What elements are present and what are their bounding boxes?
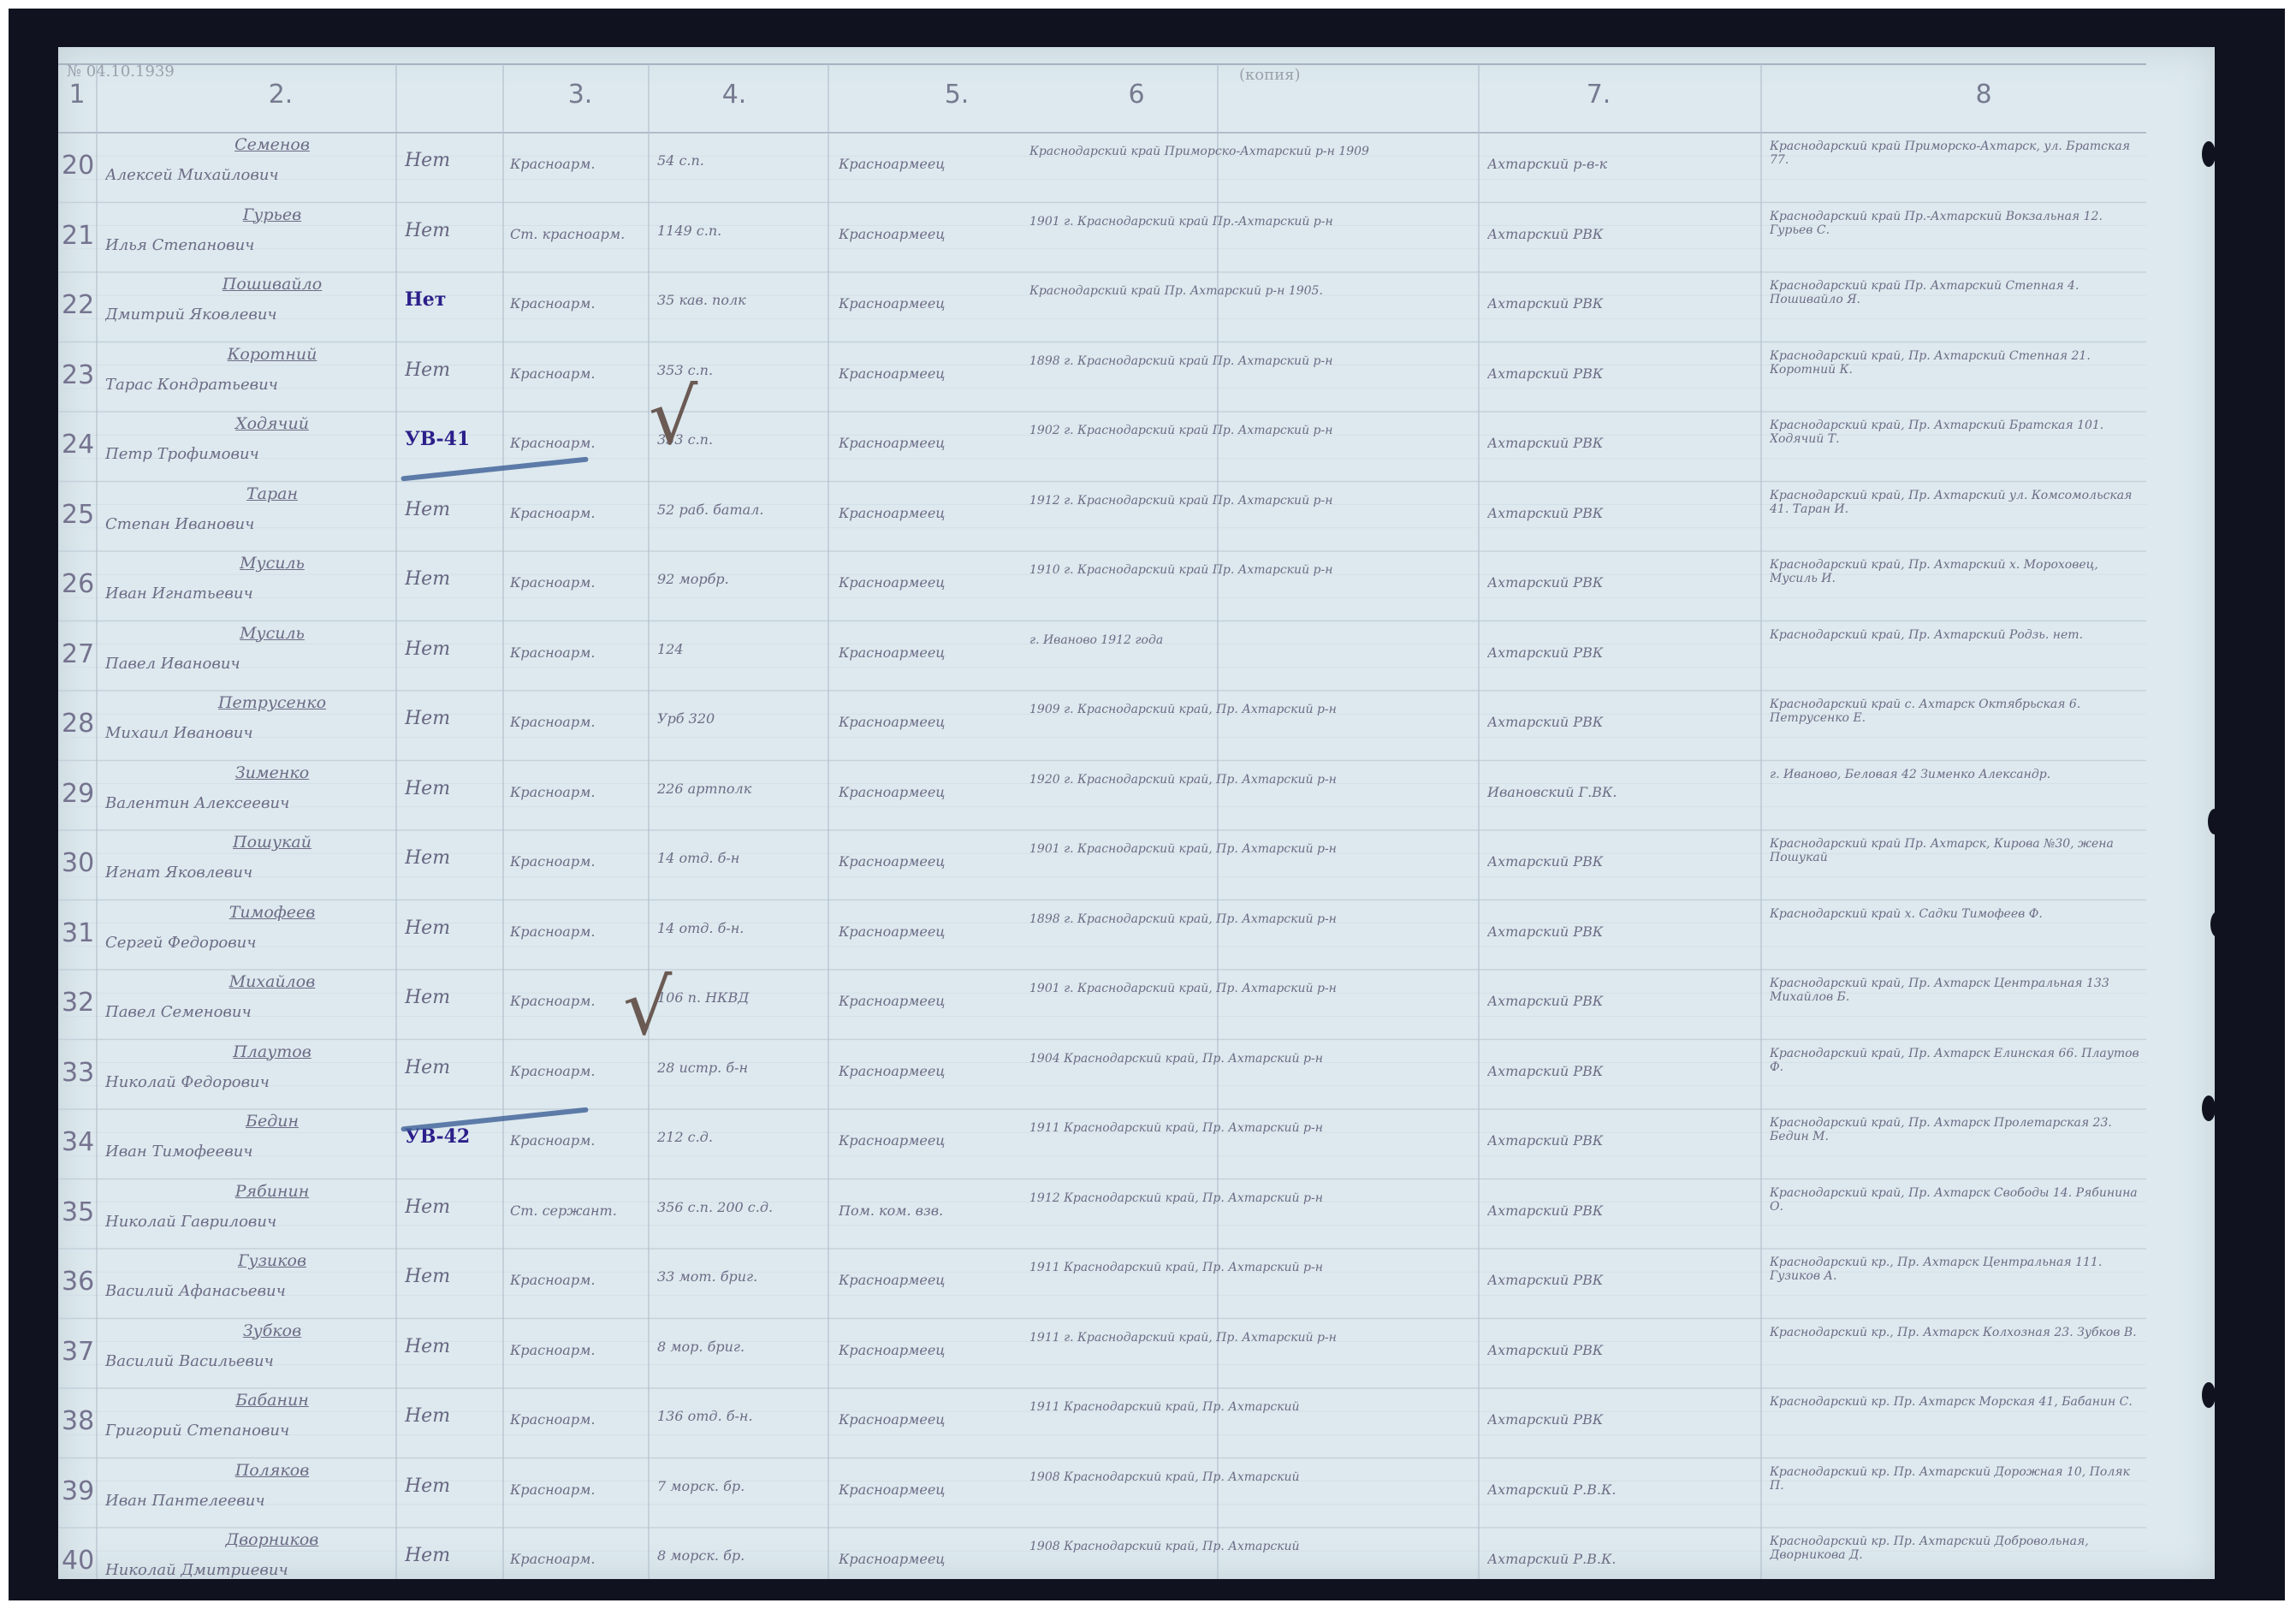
birth-year-place: 1920 г. Краснодарский край, Пр. Ахтарски… — [1029, 773, 1466, 787]
row-number: 31 — [62, 919, 96, 949]
checkmark-row-34: √ — [623, 963, 672, 1053]
family-address: Краснодарский край, Пр. Ахтарск Свободы … — [1770, 1186, 2142, 1214]
position: Красноармеец — [839, 575, 1035, 591]
rank: Красноарм. — [510, 1412, 647, 1428]
row-number: 37 — [62, 1338, 96, 1368]
row-number: 39 — [62, 1477, 96, 1507]
rank: Красноарм. — [510, 366, 647, 382]
row-number: 40 — [62, 1547, 96, 1576]
surname: Мусиль — [187, 555, 358, 573]
rank: Красноарм. — [510, 854, 647, 870]
birth-year-place: 1908 Краснодарский край, Пр. Ахтарский — [1029, 1540, 1466, 1553]
row-number: 20 — [62, 151, 96, 181]
birth-year-place: 1911 Краснодарский край, Пр. Ахтарский р… — [1029, 1261, 1466, 1274]
given-name-patronymic: Николай Дмитриевич — [105, 1562, 388, 1580]
position: Красноармеец — [839, 366, 1035, 382]
draft-office: Ахтарский РВК — [1487, 994, 1753, 1009]
surname: Семенов — [187, 136, 358, 155]
surname: Петрусенко — [187, 694, 358, 713]
birth-year-place: 1904 Краснодарский край, Пр. Ахтарский р… — [1029, 1052, 1466, 1066]
family-address: Краснодарский край, Пр. Ахтарский х. Мор… — [1770, 558, 2142, 585]
family-address: Краснодарский край, Пр. Ахтарский ул. Ко… — [1770, 489, 2142, 516]
birth-year-place: 1902 г. Краснодарский край Пр. Ахтарский… — [1029, 424, 1466, 437]
position: Красноармеец — [839, 227, 1035, 242]
position: Красноармеец — [839, 1273, 1035, 1288]
surname: Михайлов — [187, 973, 358, 992]
row-number: 35 — [62, 1198, 96, 1228]
surname: Ходячий — [187, 415, 358, 434]
draft-office: Ивановский Г.ВК. — [1487, 785, 1753, 800]
row-number: 36 — [62, 1268, 96, 1297]
unit: 106 п. НКВД — [657, 990, 824, 1006]
unit: 14 отд. б-н — [657, 851, 824, 866]
position: Пом. ком. взв. — [839, 1203, 1035, 1219]
family-address: Краснодарский край с. Ахтарск Октябрьска… — [1770, 698, 2142, 725]
given-name-patronymic: Степан Иванович — [105, 516, 388, 534]
margin-note: (копия) — [1239, 66, 1300, 84]
unit: 8 мор. бриг. — [657, 1339, 824, 1355]
surname: Бедин — [187, 1113, 358, 1131]
birth-year-place: 1908 Краснодарский край, Пр. Ахтарский — [1029, 1470, 1466, 1484]
family-address: Краснодарский край, Пр. Ахтарский Родзь.… — [1770, 628, 2142, 642]
rank: Красноарм. — [510, 157, 647, 172]
unit: 28 истр. б-н — [657, 1060, 824, 1076]
position: Красноармеец — [839, 506, 1035, 521]
family-address: Краснодарский край, Пр. Ахтарск Централь… — [1770, 977, 2142, 1004]
draft-office: Ахтарский РВК — [1487, 715, 1753, 730]
birth-year-place: 1901 г. Краснодарский край, Пр. Ахтарски… — [1029, 842, 1466, 856]
status-mark: Нет — [405, 638, 499, 660]
family-address: г. Иваново, Беловая 42 Зименко Александр… — [1770, 768, 2142, 781]
position: Красноармеец — [839, 785, 1035, 800]
given-name-patronymic: Сергей Федорович — [105, 935, 388, 953]
position: Красноармеец — [839, 157, 1035, 172]
position: Красноармеец — [839, 645, 1035, 661]
status-mark: Нет — [405, 1266, 499, 1287]
status-mark: Нет — [405, 359, 499, 381]
rank: Ст. сержант. — [510, 1203, 647, 1219]
column-number-1: 1 — [51, 80, 103, 110]
surname: Гурьев — [187, 206, 358, 225]
column-number-4: 4. — [709, 80, 760, 110]
unit: 52 раб. батал. — [657, 502, 824, 518]
rank: Красноарм. — [510, 1133, 647, 1149]
unit: 212 с.д. — [657, 1130, 824, 1145]
given-name-patronymic: Павел Иванович — [105, 656, 388, 674]
surname: Пошукай — [187, 834, 358, 852]
status-mark: Нет — [405, 289, 499, 311]
surname: Тимофеев — [187, 904, 358, 923]
position: Красноармеец — [839, 1482, 1035, 1498]
corner-note: № 04.10.1939 — [67, 62, 175, 80]
register-page: № 04.10.1939 (копия) 12.3.4.5.67.8 20Сем… — [58, 47, 2215, 1579]
status-mark: Нет — [405, 150, 499, 171]
rank: Красноарм. — [510, 785, 647, 800]
given-name-patronymic: Иван Тимофеевич — [105, 1143, 388, 1161]
draft-office: Ахтарский РВК — [1487, 436, 1753, 451]
given-name-patronymic: Илья Степанович — [105, 237, 388, 255]
given-name-patronymic: Павел Семенович — [105, 1004, 388, 1022]
status-mark: Нет — [405, 1405, 499, 1427]
unit: 226 артполк — [657, 781, 824, 797]
given-name-patronymic: Алексей Михайлович — [105, 167, 388, 185]
rank: Красноарм. — [510, 924, 647, 940]
unit: 92 морбр. — [657, 572, 824, 587]
given-name-patronymic: Григорий Степанович — [105, 1422, 388, 1440]
row-number: 30 — [62, 849, 96, 879]
rank: Красноарм. — [510, 575, 647, 591]
row-number: 24 — [62, 430, 96, 460]
position: Красноармеец — [839, 1064, 1035, 1079]
surname: Бабанин — [187, 1392, 358, 1410]
rank: Красноарм. — [510, 1064, 647, 1079]
given-name-patronymic: Василий Афанасьевич — [105, 1283, 388, 1301]
status-mark: Нет — [405, 1196, 499, 1218]
status-mark: Нет — [405, 568, 499, 590]
column-number-3: 3. — [555, 80, 606, 110]
column-number-7: 7. — [1573, 80, 1624, 110]
draft-office: Ахтарский Р.В.К. — [1487, 1482, 1753, 1498]
status-mark: Нет — [405, 708, 499, 729]
family-address: Краснодарский кр. Пр. Ахтарский Добровол… — [1770, 1535, 2142, 1562]
status-mark: Нет — [405, 778, 499, 799]
unit: 7 морск. бр. — [657, 1479, 824, 1494]
status-mark: УВ-41 — [405, 429, 499, 450]
given-name-patronymic: Николай Гаврилович — [105, 1214, 388, 1232]
unit: 124 — [657, 642, 824, 657]
unit: Урб 320 — [657, 711, 824, 727]
column-number-6: 6 — [1111, 80, 1162, 110]
row-number: 26 — [62, 570, 96, 600]
row-number: 23 — [62, 361, 96, 391]
draft-office: Ахтарский РВК — [1487, 924, 1753, 940]
draft-office: Ахтарский РВК — [1487, 1273, 1753, 1288]
column-number-5: 5. — [931, 80, 982, 110]
unit: 356 с.п. 200 с.д. — [657, 1200, 824, 1215]
position: Красноармеец — [839, 1412, 1035, 1428]
birth-year-place: г. Иваново 1912 года — [1029, 633, 1466, 647]
row-number: 32 — [62, 989, 96, 1018]
surname: Гузиков — [187, 1252, 358, 1271]
row-number: 33 — [62, 1059, 96, 1089]
birth-year-place: 1910 г. Краснодарский край Пр. Ахтарский… — [1029, 563, 1466, 577]
position: Красноармеец — [839, 296, 1035, 312]
ruled-grid — [58, 47, 2215, 1579]
unit: 33 мот. бриг. — [657, 1269, 824, 1285]
surname: Зименко — [187, 764, 358, 783]
family-address: Краснодарский край, Пр. Ахтарский Степна… — [1770, 349, 2142, 377]
status-mark: Нет — [405, 1545, 499, 1566]
rank: Красноарм. — [510, 296, 647, 312]
birth-year-place: 1901 г. Краснодарский край, Пр. Ахтарски… — [1029, 982, 1466, 995]
row-number: 34 — [62, 1128, 96, 1158]
birth-year-place: Краснодарский край Пр. Ахтарский р-н 190… — [1029, 284, 1466, 298]
surname: Плаутов — [187, 1043, 358, 1062]
family-address: Краснодарский край Пр.-Ахтарский Вокзаль… — [1770, 210, 2142, 237]
draft-office: Ахтарский РВК — [1487, 1412, 1753, 1428]
birth-year-place: 1912 г. Краснодарский край Пр. Ахтарский… — [1029, 494, 1466, 508]
family-address: Краснодарский край Приморско-Ахтарск, ул… — [1770, 140, 2142, 167]
status-mark: Нет — [405, 1057, 499, 1078]
surname: Таран — [187, 485, 358, 504]
given-name-patronymic: Иван Игнатьевич — [105, 585, 388, 603]
unit: 136 отд. б-н. — [657, 1409, 824, 1424]
rank: Красноарм. — [510, 645, 647, 661]
given-name-patronymic: Петр Трофимович — [105, 446, 388, 464]
position: Красноармеец — [839, 854, 1035, 870]
birth-year-place: 1909 г. Краснодарский край, Пр. Ахтарски… — [1029, 703, 1466, 716]
birth-year-place: Краснодарский край Приморско-Ахтарский р… — [1029, 145, 1466, 158]
punch-hole — [2210, 911, 2224, 937]
family-address: Краснодарский край, Пр. Ахтарский Братск… — [1770, 419, 2142, 446]
row-number: 27 — [62, 640, 96, 670]
punch-hole — [2202, 1382, 2216, 1408]
given-name-patronymic: Валентин Алексеевич — [105, 795, 388, 813]
status-mark: Нет — [405, 987, 499, 1008]
draft-office: Ахтарский РВК — [1487, 645, 1753, 661]
family-address: Краснодарский кр., Пр. Ахтарск Колхозная… — [1770, 1326, 2142, 1339]
unit: 8 морск. бр. — [657, 1548, 824, 1564]
rank: Красноарм. — [510, 1482, 647, 1498]
given-name-patronymic: Николай Федорович — [105, 1074, 388, 1092]
family-address: Краснодарский кр. Пр. Ахтарский Дорожная… — [1770, 1465, 2142, 1493]
birth-year-place: 1911 Краснодарский край, Пр. Ахтарский р… — [1029, 1121, 1466, 1135]
family-address: Краснодарский край, Пр. Ахтарск Пролетар… — [1770, 1116, 2142, 1143]
rank: Красноарм. — [510, 1343, 647, 1358]
draft-office: Ахтарский РВК — [1487, 296, 1753, 312]
family-address: Краснодарский кр. Пр. Ахтарск Морская 41… — [1770, 1395, 2142, 1409]
position: Красноармеец — [839, 1552, 1035, 1567]
family-address: Краснодарский кр., Пр. Ахтарск Центральн… — [1770, 1256, 2142, 1283]
given-name-patronymic: Василий Васильевич — [105, 1353, 388, 1371]
punch-hole — [2202, 141, 2216, 167]
row-number: 38 — [62, 1407, 96, 1437]
column-number-2: 2. — [255, 80, 306, 110]
family-address: Краснодарский край х. Садки Тимофеев Ф. — [1770, 907, 2142, 921]
position: Красноармеец — [839, 1343, 1035, 1358]
status-mark: Нет — [405, 1475, 499, 1497]
birth-year-place: 1901 г. Краснодарский край Пр.-Ахтарский… — [1029, 215, 1466, 229]
position: Красноармеец — [839, 924, 1035, 940]
birth-year-place: 1898 г. Краснодарский край, Пр. Ахтарски… — [1029, 912, 1466, 926]
draft-office: Ахтарский р-в-к — [1487, 157, 1753, 172]
surname: Дворников — [187, 1531, 358, 1550]
given-name-patronymic: Михаил Иванович — [105, 725, 388, 743]
given-name-patronymic: Тарас Кондратьевич — [105, 377, 388, 395]
surname: Зубков — [187, 1322, 358, 1341]
row-number: 22 — [62, 291, 96, 321]
status-mark: Нет — [405, 499, 499, 520]
row-number: 29 — [62, 780, 96, 810]
position: Красноармеец — [839, 436, 1035, 451]
row-number: 21 — [62, 222, 96, 252]
unit: 1149 с.п. — [657, 223, 824, 239]
row-number: 28 — [62, 710, 96, 739]
surname: Мусиль — [187, 625, 358, 644]
birth-year-place: 1911 г. Краснодарский край, Пр. Ахтарски… — [1029, 1331, 1466, 1345]
checkmark-row-24: √ — [649, 372, 697, 462]
row-number: 25 — [62, 501, 96, 531]
rank: Красноарм. — [510, 506, 647, 521]
punch-hole — [2208, 809, 2222, 834]
punch-hole — [2202, 1095, 2216, 1121]
column-number-8: 8 — [1958, 80, 2009, 110]
status-mark: Нет — [405, 917, 499, 939]
surname: Рябинин — [187, 1183, 358, 1202]
position: Красноармеец — [839, 715, 1035, 730]
draft-office: Ахтарский РВК — [1487, 854, 1753, 870]
given-name-patronymic: Игнат Яковлевич — [105, 864, 388, 882]
draft-office: Ахтарский РВК — [1487, 575, 1753, 591]
position: Красноармеец — [839, 994, 1035, 1009]
status-mark: Нет — [405, 1336, 499, 1357]
draft-office: Ахтарский РВК — [1487, 227, 1753, 242]
surname: Поляков — [187, 1462, 358, 1481]
surname: Коротний — [187, 346, 358, 365]
rank: Красноарм. — [510, 1552, 647, 1567]
family-address: Краснодарский край, Пр. Ахтарск Елинская… — [1770, 1047, 2142, 1074]
birth-year-place: 1898 г. Краснодарский край Пр. Ахтарский… — [1029, 354, 1466, 368]
family-address: Краснодарский край Пр. Ахтарск, Кирова №… — [1770, 837, 2142, 864]
draft-office: Ахтарский РВК — [1487, 1203, 1753, 1219]
draft-office: Ахтарский Р.В.К. — [1487, 1552, 1753, 1567]
unit: 54 с.п. — [657, 153, 824, 169]
draft-office: Ахтарский РВК — [1487, 506, 1753, 521]
draft-office: Ахтарский РВК — [1487, 366, 1753, 382]
rank: Ст. красноарм. — [510, 227, 647, 242]
birth-year-place: 1912 Краснодарский край, Пр. Ахтарский р… — [1029, 1191, 1466, 1205]
given-name-patronymic: Дмитрий Яковлевич — [105, 306, 388, 324]
position: Красноармеец — [839, 1133, 1035, 1149]
rank: Красноарм. — [510, 715, 647, 730]
rank: Красноарм. — [510, 436, 647, 451]
unit: 35 кав. полк — [657, 293, 824, 308]
draft-office: Ахтарский РВК — [1487, 1343, 1753, 1358]
family-address: Краснодарский край Пр. Ахтарский Степная… — [1770, 279, 2142, 306]
draft-office: Ахтарский РВК — [1487, 1133, 1753, 1149]
birth-year-place: 1911 Краснодарский край, Пр. Ахтарский — [1029, 1400, 1466, 1414]
draft-office: Ахтарский РВК — [1487, 1064, 1753, 1079]
rank: Красноарм. — [510, 1273, 647, 1288]
given-name-patronymic: Иван Пантелеевич — [105, 1493, 388, 1511]
unit: 14 отд. б-н. — [657, 921, 824, 936]
status-mark: Нет — [405, 847, 499, 869]
surname: Пошивайло — [187, 276, 358, 294]
status-mark: Нет — [405, 220, 499, 241]
